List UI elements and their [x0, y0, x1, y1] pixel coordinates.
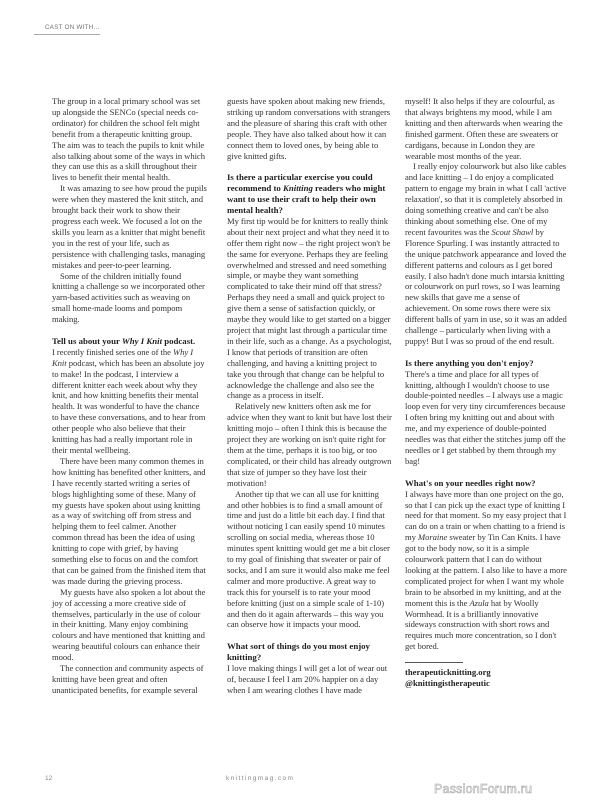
- page-number: 12: [45, 775, 52, 782]
- paragraph: Relatively new knitters often ask me for…: [227, 401, 392, 488]
- paragraph: myself! It also helps if they are colour…: [405, 96, 567, 161]
- paragraph: My guests have also spoken a lot about t…: [52, 587, 207, 663]
- header-rule: [34, 34, 100, 35]
- paragraph: I recently finished series one of the Wh…: [52, 347, 207, 456]
- paragraph: The connection and community aspects of …: [52, 663, 207, 696]
- paragraph: There's a time and place for all types o…: [405, 369, 567, 467]
- paragraph: Some of the children initially found kni…: [52, 271, 207, 326]
- paragraph: The group in a local primary school was …: [52, 96, 207, 183]
- paragraph: There have been many common themes in ho…: [52, 456, 207, 587]
- column-3: myself! It also helps if they are colour…: [405, 96, 567, 689]
- paragraph: guests have spoken about making new frie…: [227, 96, 392, 161]
- question-heading: Is there anything you don't enjoy?: [405, 358, 567, 369]
- paragraph: Another tip that we can all use for knit…: [227, 489, 392, 631]
- question-heading: Is there a particular exercise you could…: [227, 172, 392, 216]
- paragraph: It was amazing to see how proud the pupi…: [52, 183, 207, 270]
- paragraph: I love making things I will get a lot of…: [227, 663, 392, 696]
- social-handle[interactable]: @knittingistherapeutic: [405, 678, 567, 689]
- column-2: guests have spoken about making new frie…: [227, 96, 392, 696]
- question-heading: What sort of things do you most enjoy kn…: [227, 641, 392, 663]
- footer-website: knittingmag.com: [226, 775, 294, 782]
- paragraph: I always have more than one project on t…: [405, 489, 567, 653]
- section-header: CAST ON WITH...: [34, 24, 100, 35]
- question-heading: What's on your needles right now?: [405, 478, 567, 489]
- website-link[interactable]: therapeuticknitting.org: [405, 667, 567, 678]
- paragraph: My first tip would be for knitters to re…: [227, 216, 392, 401]
- section-kicker: CAST ON WITH...: [34, 24, 100, 32]
- watermark: PassionForum.ru: [434, 782, 532, 796]
- paragraph: I really enjoy colourwork but also like …: [405, 161, 567, 346]
- signature-rule: [405, 662, 463, 663]
- question-heading: Tell us about your Why I Knit podcast.: [52, 336, 207, 347]
- column-1: The group in a local primary school was …: [52, 96, 207, 696]
